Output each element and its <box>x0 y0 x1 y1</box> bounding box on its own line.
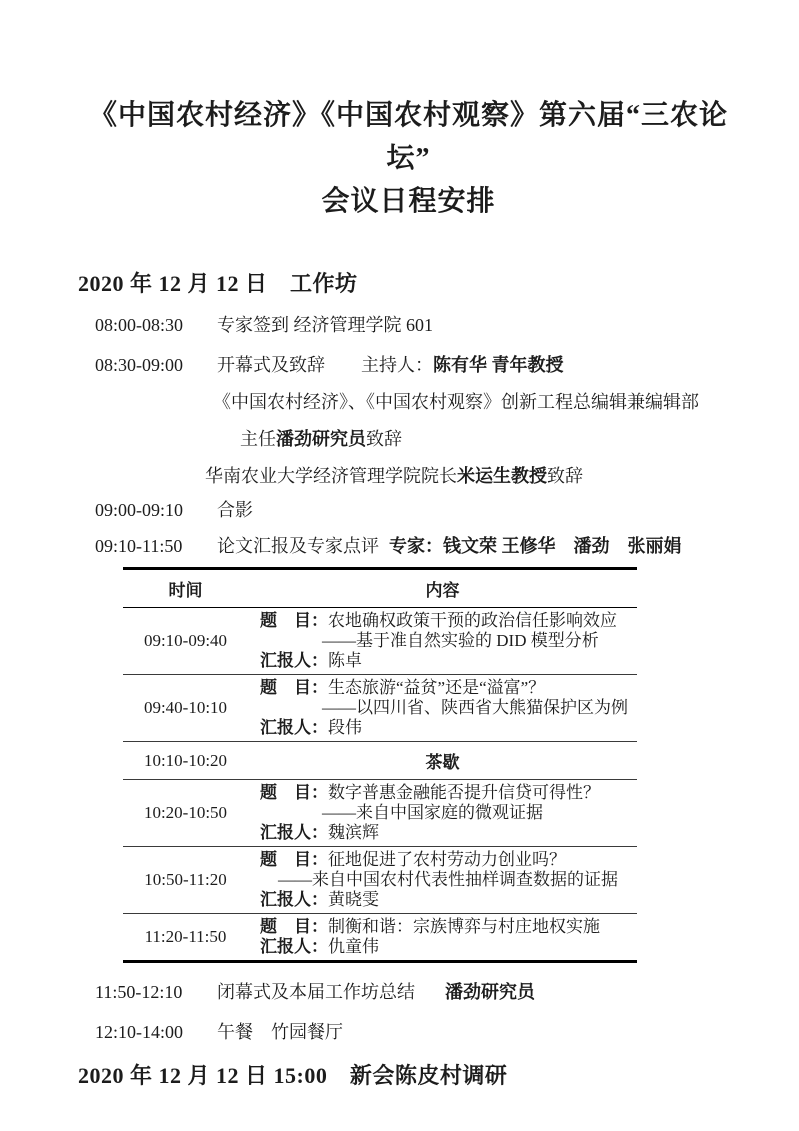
paper-title: 数字普惠金融能否提升信贷可得性？ <box>328 783 600 802</box>
reporter-name: 陈卓 <box>328 651 362 670</box>
detail-text: 致辞 <box>547 466 583 486</box>
item-text: 合影 <box>217 500 253 520</box>
schedule-item-closing: 11:50-12:10闭幕式及本届工作坊总结潘劲研究员 <box>95 979 739 1005</box>
row-content: 题 目：生态旅游“益贫”还是“溢富”？ ——以四川省、陕西省大熊猫保护区为例 汇… <box>248 675 637 742</box>
row-time: 11:20-11:50 <box>123 914 248 962</box>
item-text: 专家签到 经济管理学院 601 <box>217 315 433 335</box>
title-label: 题 目： <box>260 783 328 802</box>
paper-title: 制衡和谐：宗族博弈与村庄地权实施 <box>328 917 600 936</box>
workshop-section-header: 2020 年 12 月 12 日 工作坊 <box>78 267 739 298</box>
opening-detail-line: 华南农业大学经济管理学院院长米运生教授致辞 <box>205 463 739 489</box>
table-header-row: 时间 内容 <box>123 569 637 608</box>
row-time: 10:20-10:50 <box>123 780 248 847</box>
title-label: 题 目： <box>260 850 328 869</box>
document-title: 《中国农村经济》《中国农村观察》第六届“三农论坛” 会议日程安排 <box>78 94 739 223</box>
speaker-name: 潘劲研究员 <box>445 982 535 1002</box>
schedule-item-signin: 08:00-08:30专家签到 经济管理学院 601 <box>95 312 739 338</box>
item-text: 午餐 竹园餐厅 <box>217 1022 343 1042</box>
reporter-label: 汇报人： <box>260 718 328 737</box>
speaker-name: 潘劲研究员 <box>276 429 366 449</box>
time-range: 11:50-12:10 <box>95 979 199 1005</box>
document-page: 《中国农村经济》《中国农村观察》第六届“三农论坛” 会议日程安排 2020 年 … <box>0 0 799 1131</box>
fieldtrip-section-header: 2020 年 12 月 12 日 15:00 新会陈皮村调研 <box>78 1059 739 1090</box>
detail-text: 华南农业大学经济管理学院院长 <box>205 466 457 486</box>
reporter-label: 汇报人： <box>260 890 328 909</box>
row-time: 09:10-09:40 <box>123 608 248 675</box>
experts-list: 专家：钱文荣 王修华 潘劲 张丽娟 <box>389 536 682 556</box>
row-time: 10:50-11:20 <box>123 847 248 914</box>
paper-subtitle: ——来自中国农村代表性抽样调查数据的证据 <box>260 870 633 890</box>
time-range: 08:00-08:30 <box>95 312 199 338</box>
paper-subtitle: ——基于准自然实验的 DID 模型分析 <box>260 631 633 651</box>
row-content: 题 目：制衡和谐：宗族博弈与村庄地权实施 汇报人：仇童伟 <box>248 914 637 962</box>
paper-subtitle: ——来自中国家庭的微观证据 <box>260 803 633 823</box>
item-text: 闭幕式及本届工作坊总结 <box>217 982 415 1002</box>
row-content: 题 目：征地促进了农村劳动力创业吗？ ——来自中国农村代表性抽样调查数据的证据 … <box>248 847 637 914</box>
schedule-item-photo: 09:00-09:10合影 <box>95 497 739 523</box>
opening-detail-line: 《中国农村经济》、《中国农村观察》创新工程总编辑兼编辑部 <box>213 389 739 415</box>
agenda-table: 时间 内容 09:10-09:40 题 目：农地确权政策干预的政治信任影响效应 … <box>123 567 637 963</box>
break-label: 茶歇 <box>248 742 637 780</box>
table-row-break: 10:10-10:20 茶歇 <box>123 742 637 780</box>
item-text: 开幕式及致辞 <box>217 355 325 375</box>
schedule-item-opening: 08:30-09:00开幕式及致辞主持人：陈有华 青年教授 <box>95 352 739 378</box>
time-range: 09:10-11:50 <box>95 533 199 559</box>
table-row: 09:40-10:10 题 目：生态旅游“益贫”还是“溢富”？ ——以四川省、陕… <box>123 675 637 742</box>
detail-text: 致辞 <box>366 429 402 449</box>
row-content: 题 目：数字普惠金融能否提升信贷可得性？ ——来自中国家庭的微观证据 汇报人：魏… <box>248 780 637 847</box>
host-name: 陈有华 青年教授 <box>433 355 564 375</box>
speaker-name: 米运生教授 <box>457 466 547 486</box>
opening-detail-line: 主任潘劲研究员致辞 <box>240 426 739 452</box>
reporter-label: 汇报人： <box>260 651 328 670</box>
time-range: 08:30-09:00 <box>95 352 199 378</box>
row-time: 09:40-10:10 <box>123 675 248 742</box>
detail-text: 主任 <box>240 429 276 449</box>
reporter-name: 黄晓雯 <box>328 890 379 909</box>
time-range: 09:00-09:10 <box>95 497 199 523</box>
title-line-1: 《中国农村经济》《中国农村观察》第六届“三农论坛” <box>78 94 739 180</box>
paper-title: 生态旅游“益贫”还是“溢富”？ <box>328 678 545 697</box>
column-header-time: 时间 <box>123 569 248 608</box>
paper-subtitle: ——以四川省、陕西省大熊猫保护区为例 <box>260 698 633 718</box>
title-label: 题 目： <box>260 611 328 630</box>
column-header-content: 内容 <box>248 569 637 608</box>
table-row: 11:20-11:50 题 目：制衡和谐：宗族博弈与村庄地权实施 汇报人：仇童伟 <box>123 914 637 962</box>
paper-title: 征地促进了农村劳动力创业吗？ <box>328 850 566 869</box>
time-range: 12:10-14:00 <box>95 1019 199 1045</box>
title-label: 题 目： <box>260 678 328 697</box>
reporter-label: 汇报人： <box>260 823 328 842</box>
schedule-item-lunch: 12:10-14:00午餐 竹园餐厅 <box>95 1019 739 1045</box>
host-label: 主持人： <box>361 355 433 375</box>
item-text: 论文汇报及专家点评 <box>217 536 379 556</box>
reporter-label: 汇报人： <box>260 937 328 956</box>
table-row: 09:10-09:40 题 目：农地确权政策干预的政治信任影响效应 ——基于准自… <box>123 608 637 675</box>
table-row: 10:50-11:20 题 目：征地促进了农村劳动力创业吗？ ——来自中国农村代… <box>123 847 637 914</box>
title-label: 题 目： <box>260 917 328 936</box>
row-time: 10:10-10:20 <box>123 742 248 780</box>
schedule-item-presentations: 09:10-11:50论文汇报及专家点评专家：钱文荣 王修华 潘劲 张丽娟 <box>95 533 739 559</box>
paper-title: 农地确权政策干预的政治信任影响效应 <box>328 611 617 630</box>
row-content: 题 目：农地确权政策干预的政治信任影响效应 ——基于准自然实验的 DID 模型分… <box>248 608 637 675</box>
reporter-name: 段伟 <box>328 718 362 737</box>
title-line-2: 会议日程安排 <box>78 180 739 223</box>
reporter-name: 仇童伟 <box>328 937 379 956</box>
table-row: 10:20-10:50 题 目：数字普惠金融能否提升信贷可得性？ ——来自中国家… <box>123 780 637 847</box>
reporter-name: 魏滨辉 <box>328 823 379 842</box>
